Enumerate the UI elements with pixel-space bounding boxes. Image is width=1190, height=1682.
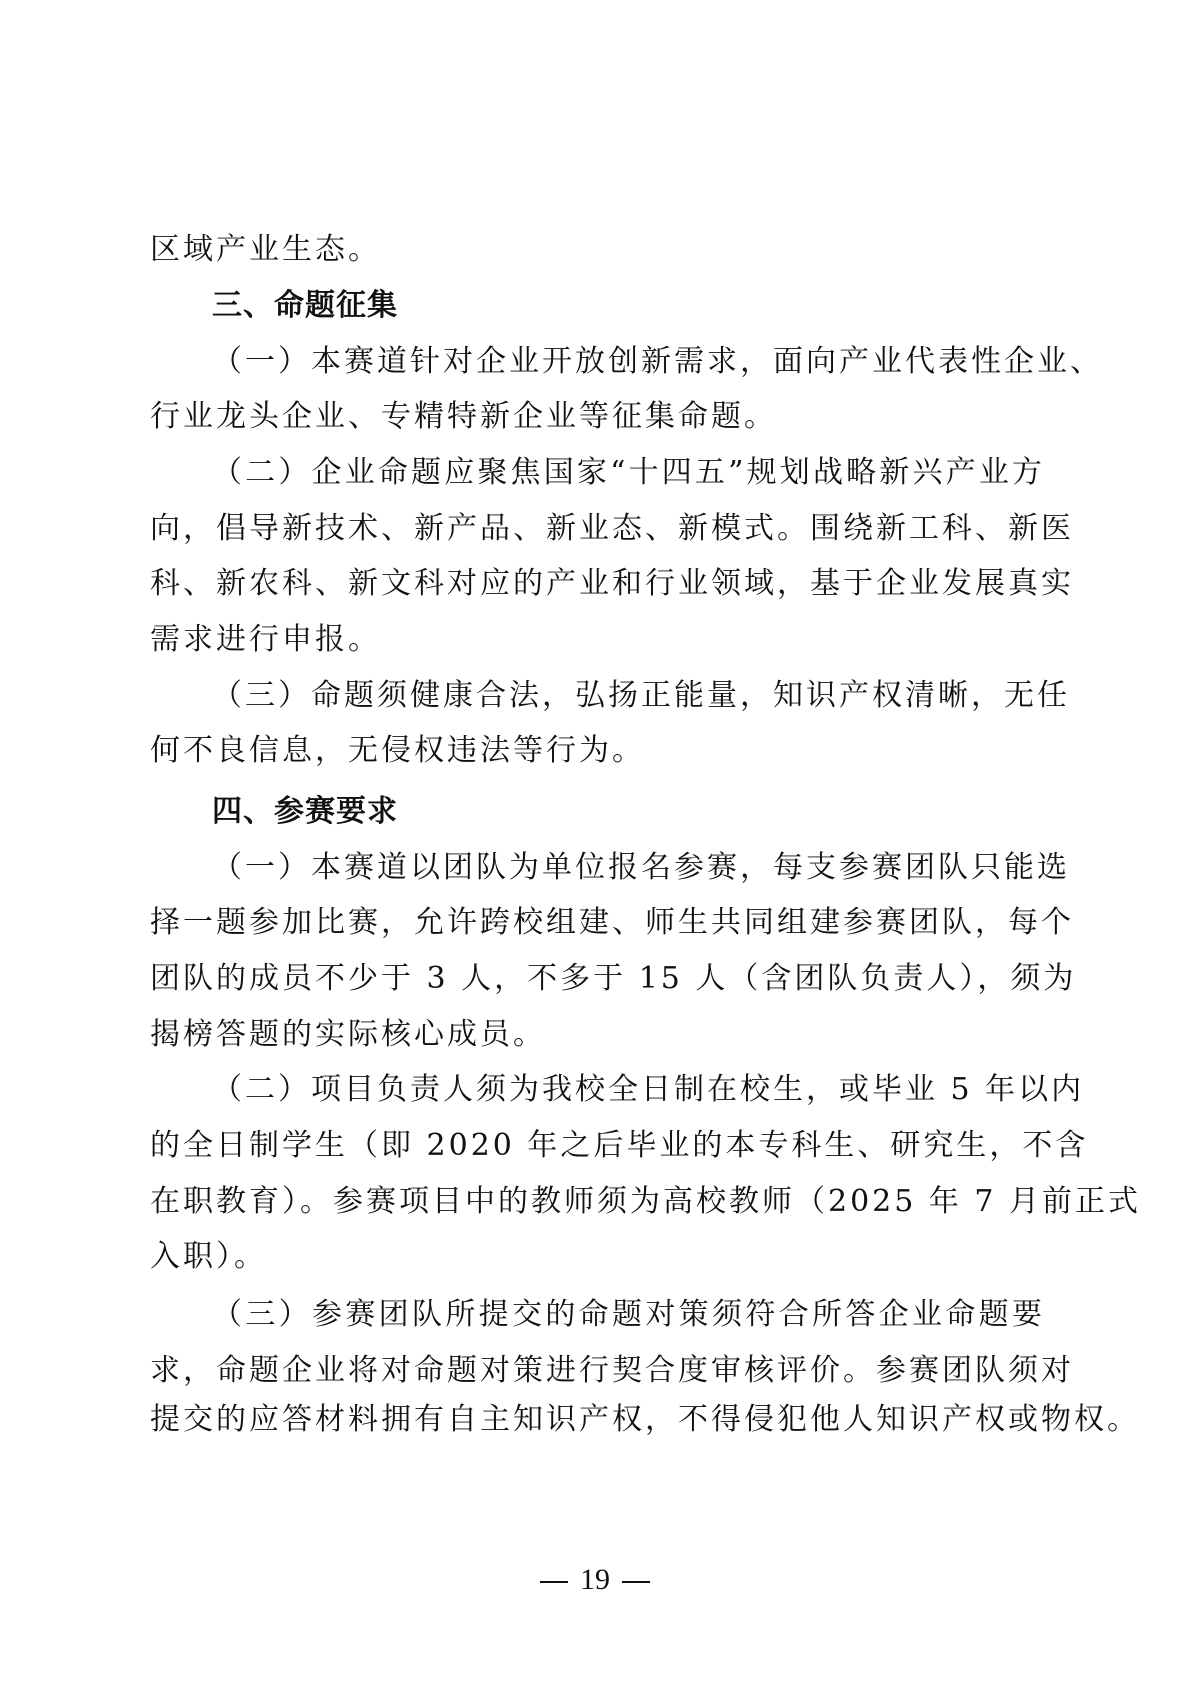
page-number-value: 19 [580, 1563, 610, 1596]
text-line: （三）参赛团队所提交的命题对策须符合所答企业命题要 [212, 1295, 1045, 1335]
text-line: 择一题参加比赛，允许跨校组建、师生共同组建参赛团队，每个 [150, 903, 1045, 943]
text-line: （三）命题须健康合法，弘扬正能量，知识产权清晰，无任 [212, 676, 1045, 716]
text-line: 科、新农科、新文科对应的产业和行业领域，基于企业发展真实 [150, 564, 1045, 604]
text-line: 入职）。 [150, 1237, 1045, 1277]
text-line: 需求进行申报。 [150, 620, 1045, 660]
text-line: 团队的成员不少于 3 人，不多于 15 人（含团队负责人），须为 [150, 959, 1045, 999]
page-number: 19 [0, 1560, 1190, 1600]
text-line: 揭榜答题的实际核心成员。 [150, 1015, 1045, 1055]
text-line: 行业龙头企业、专精特新企业等征集命题。 [150, 397, 1045, 437]
text-line: 的全日制学生（即 2020 年之后毕业的本专科生、研究生，不含 [150, 1126, 1045, 1166]
text-line: （二）企业命题应聚焦国家“十四五”规划战略新兴产业方 [212, 453, 1045, 493]
text-line: 求，命题企业将对命题对策进行契合度审核评价。参赛团队须对 [150, 1351, 1045, 1391]
text-line: 提交的应答材料拥有自主知识产权，不得侵犯他人知识产权或物权。 [150, 1400, 1045, 1440]
text-line: （一）本赛道以团队为单位报名参赛，每支参赛团队只能选 [212, 848, 1045, 888]
document-page: 区域产业生态。 三、命题征集 （一）本赛道针对企业开放创新需求，面向产业代表性企… [0, 0, 1190, 1682]
text-line: （一）本赛道针对企业开放创新需求，面向产业代表性企业、 [212, 342, 1045, 382]
text-line: 在职教育）。参赛项目中的教师须为高校教师（2025 年 7 月前正式 [150, 1182, 1045, 1222]
text-line: 何不良信息，无侵权违法等行为。 [150, 731, 1045, 771]
text-line: （二）项目负责人须为我校全日制在校生，或毕业 5 年以内 [212, 1070, 1045, 1110]
dash-right [622, 1581, 650, 1583]
section-heading-4: 四、参赛要求 [212, 792, 398, 832]
text-line: 向，倡导新技术、新产品、新业态、新模式。围绕新工科、新医 [150, 509, 1045, 549]
dash-left [540, 1581, 568, 1583]
section-heading-3: 三、命题征集 [212, 286, 398, 326]
text-line: 区域产业生态。 [150, 230, 1045, 270]
